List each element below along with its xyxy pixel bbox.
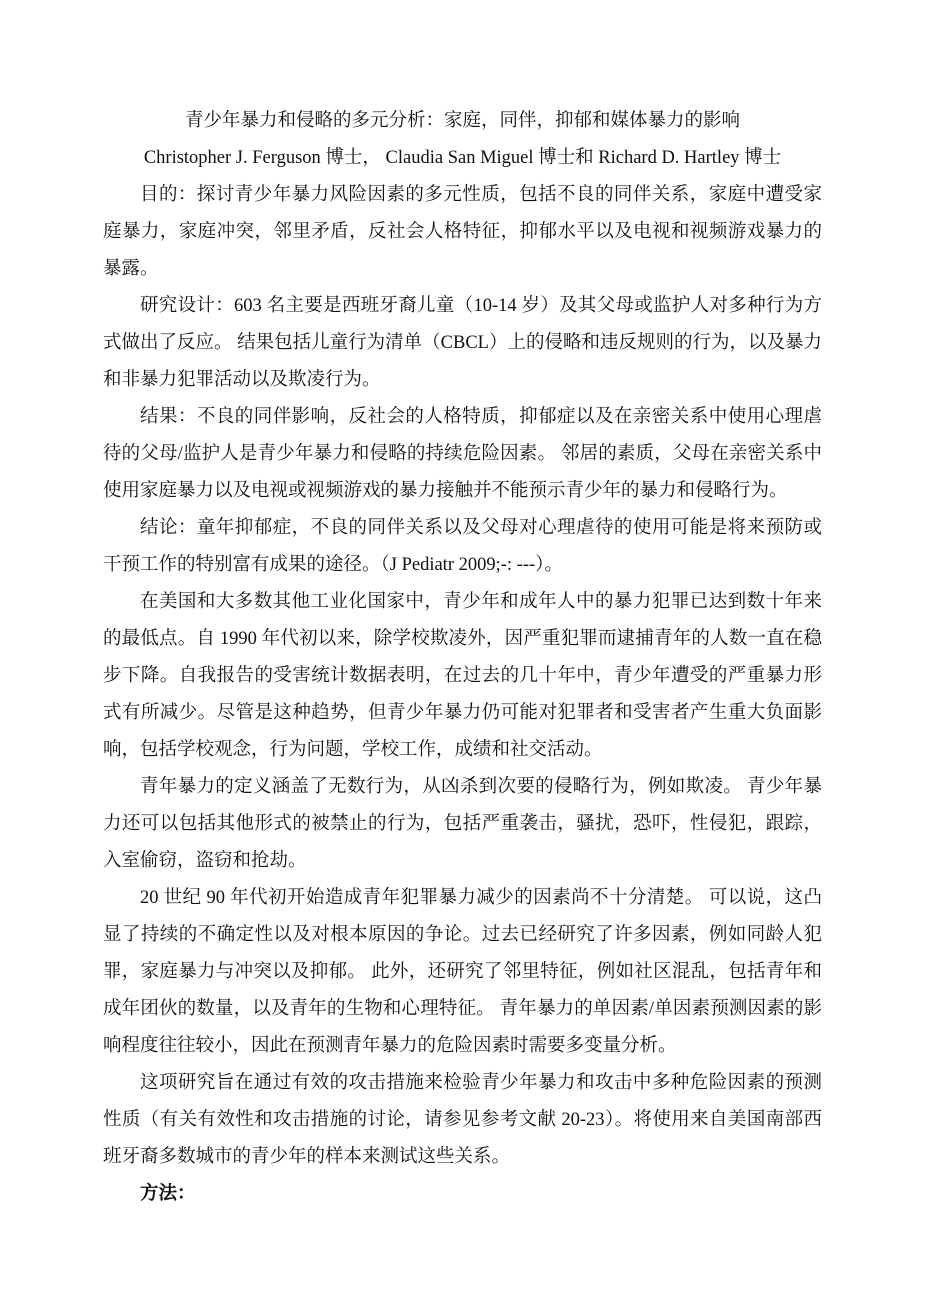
paragraph-study-design: 研究设计：603 名主要是西班牙裔儿童（10-14 岁）及其父母或监护人对多种行… — [103, 288, 822, 399]
document-page: 青少年暴力和侵略的多元分析：家庭，同伴，抑郁和媒体暴力的影响 Christoph… — [0, 0, 926, 1309]
paragraph-decline-factors: 20 世纪 90 年代初开始造成青年犯罪暴力减少的因素尚不十分清楚。 可以说，这… — [103, 880, 822, 1065]
authors-byline: Christopher J. Ferguson 博士， Claudia San … — [103, 140, 822, 177]
paragraph-intro-crime-trends: 在美国和大多数其他工业化国家中，青少年和成年人中的暴力犯罪已达到数十年来的最低点… — [103, 584, 822, 769]
paragraph-results: 结果：不良的同伴影响，反社会的人格特质，抑郁症以及在亲密关系中使用心理虐待的父母… — [103, 399, 822, 510]
paragraph-objective: 目的：探讨青少年暴力风险因素的多元性质，包括不良的同伴关系，家庭中遭受家庭暴力，… — [103, 177, 822, 288]
paragraph-conclusion: 结论：童年抑郁症，不良的同伴关系以及父母对心理虐待的使用可能是将来预防或干预工作… — [103, 510, 822, 584]
paragraph-violence-definition: 青年暴力的定义涵盖了无数行为，从凶杀到次要的侵略行为，例如欺凌。 青少年暴力还可… — [103, 769, 822, 880]
paragraph-study-aim: 这项研究旨在通过有效的攻击措施来检验青少年暴力和攻击中多种危险因素的预测性质（有… — [103, 1065, 822, 1176]
document-title: 青少年暴力和侵略的多元分析：家庭，同伴，抑郁和媒体暴力的影响 — [103, 103, 822, 140]
section-heading-methods: 方法： — [103, 1176, 822, 1213]
